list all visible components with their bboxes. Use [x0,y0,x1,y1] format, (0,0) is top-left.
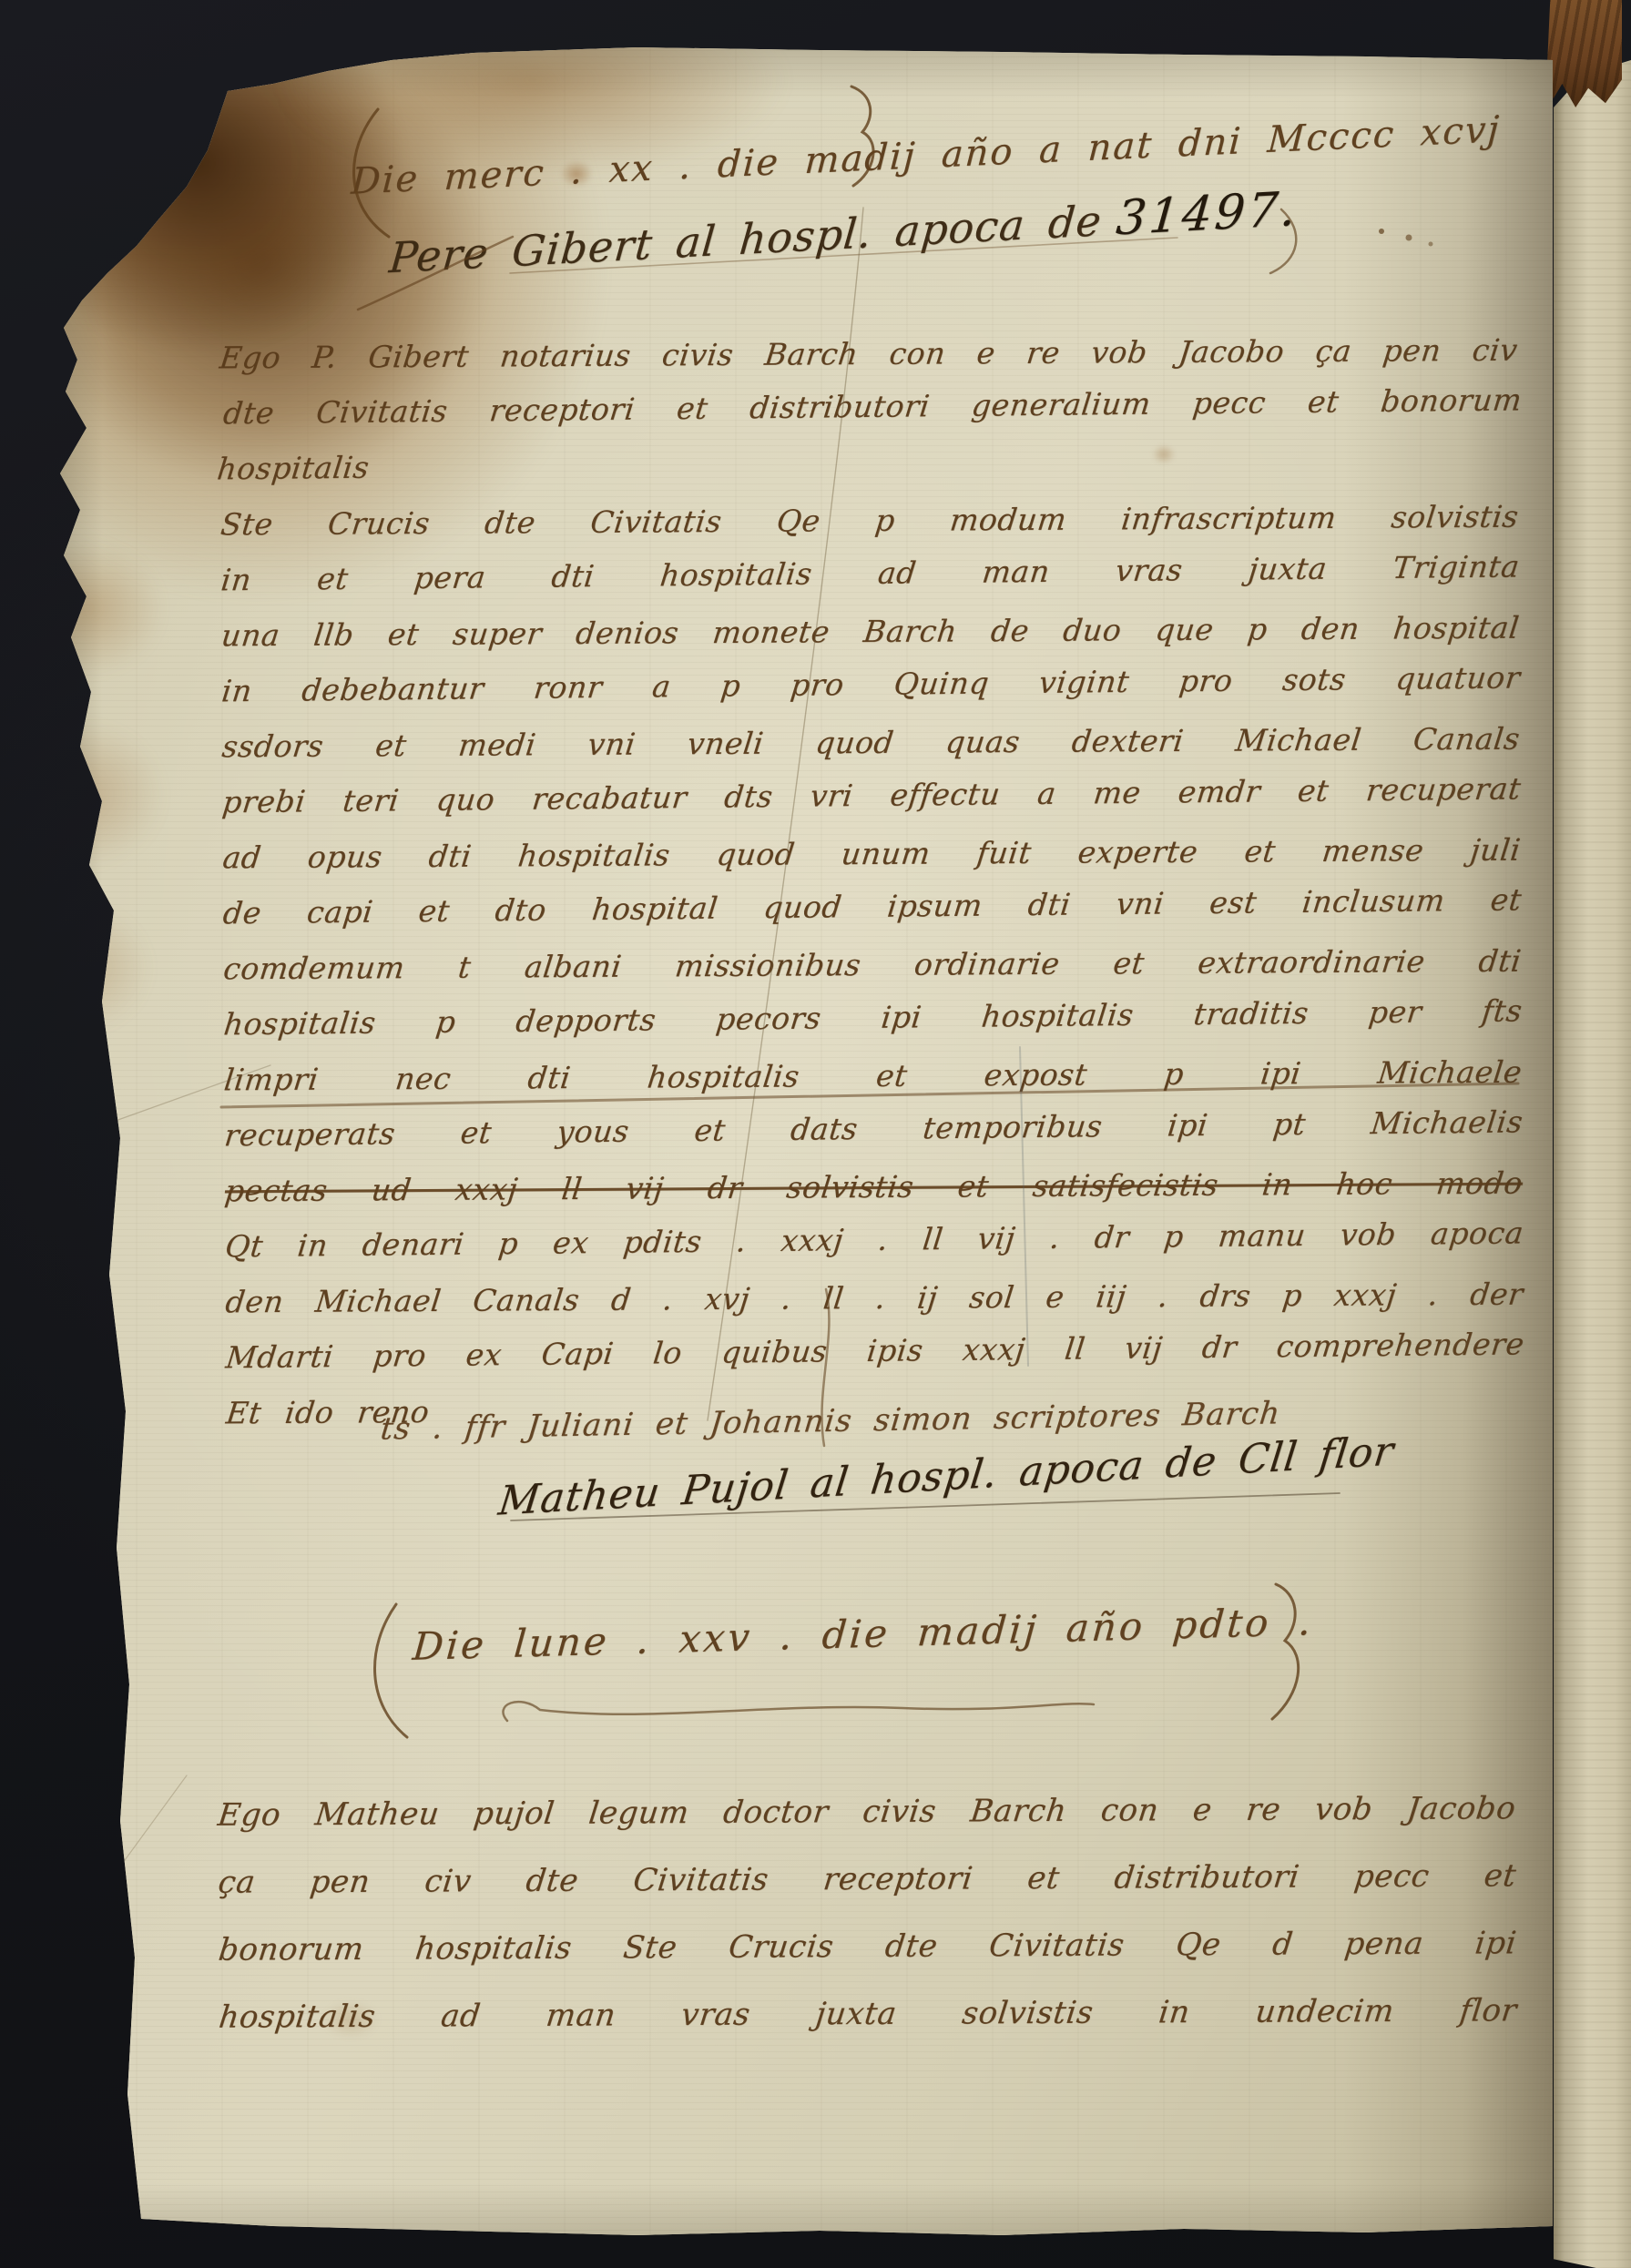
entry1-archival-note: Pere Gibert al hospl. apoca de31497. [387,182,1300,285]
left-edge-stain [9,540,164,676]
entry2-body-paragraph: Ego Matheu pujol legum doctor civis Barc… [218,1775,1517,2050]
entry1-body-paragraph: Ego P. Gibert notarius civis Barch con e… [219,322,1524,1441]
left-edge-stain [14,904,150,1032]
manuscript-line: ça pen civ dte Civitatis receptori et di… [214,1842,1520,1917]
archival-number: 31497. [1114,182,1300,247]
photo-stage: Die merc . xx . die madij año a nat dni … [0,0,1631,2268]
crease-line [68,1775,187,1937]
manuscript-line: Ego Matheu pujol legum doctor civis Barc… [214,1775,1520,1849]
entry2-date-line: Die lune . xxv . die madij año pdto . [411,1599,1315,1669]
swirl-underline [503,1702,1094,1721]
binding-leather [1547,0,1622,107]
manuscript-page: Die merc . xx . die madij año a nat dni … [50,44,1553,2238]
entry1-date-line: Die merc . xx . die madij año a nat dni … [350,108,1502,202]
left-edge-stain [0,722,164,868]
archival-title: Pere Gibert al hospl. apoca de [387,196,1104,282]
next-page-edge [1554,55,1631,2268]
paren-flourish-2 [375,1604,407,1737]
burn-stain-core [0,0,405,353]
manuscript-line: dte Civitatis receptori et distributori … [214,371,1524,496]
manuscript-line: bonorum hospitalis Ste Crucis dte Civita… [215,1909,1521,1984]
manuscript-line: hospitalis ad man vras juxta solvistis i… [215,1977,1521,2051]
